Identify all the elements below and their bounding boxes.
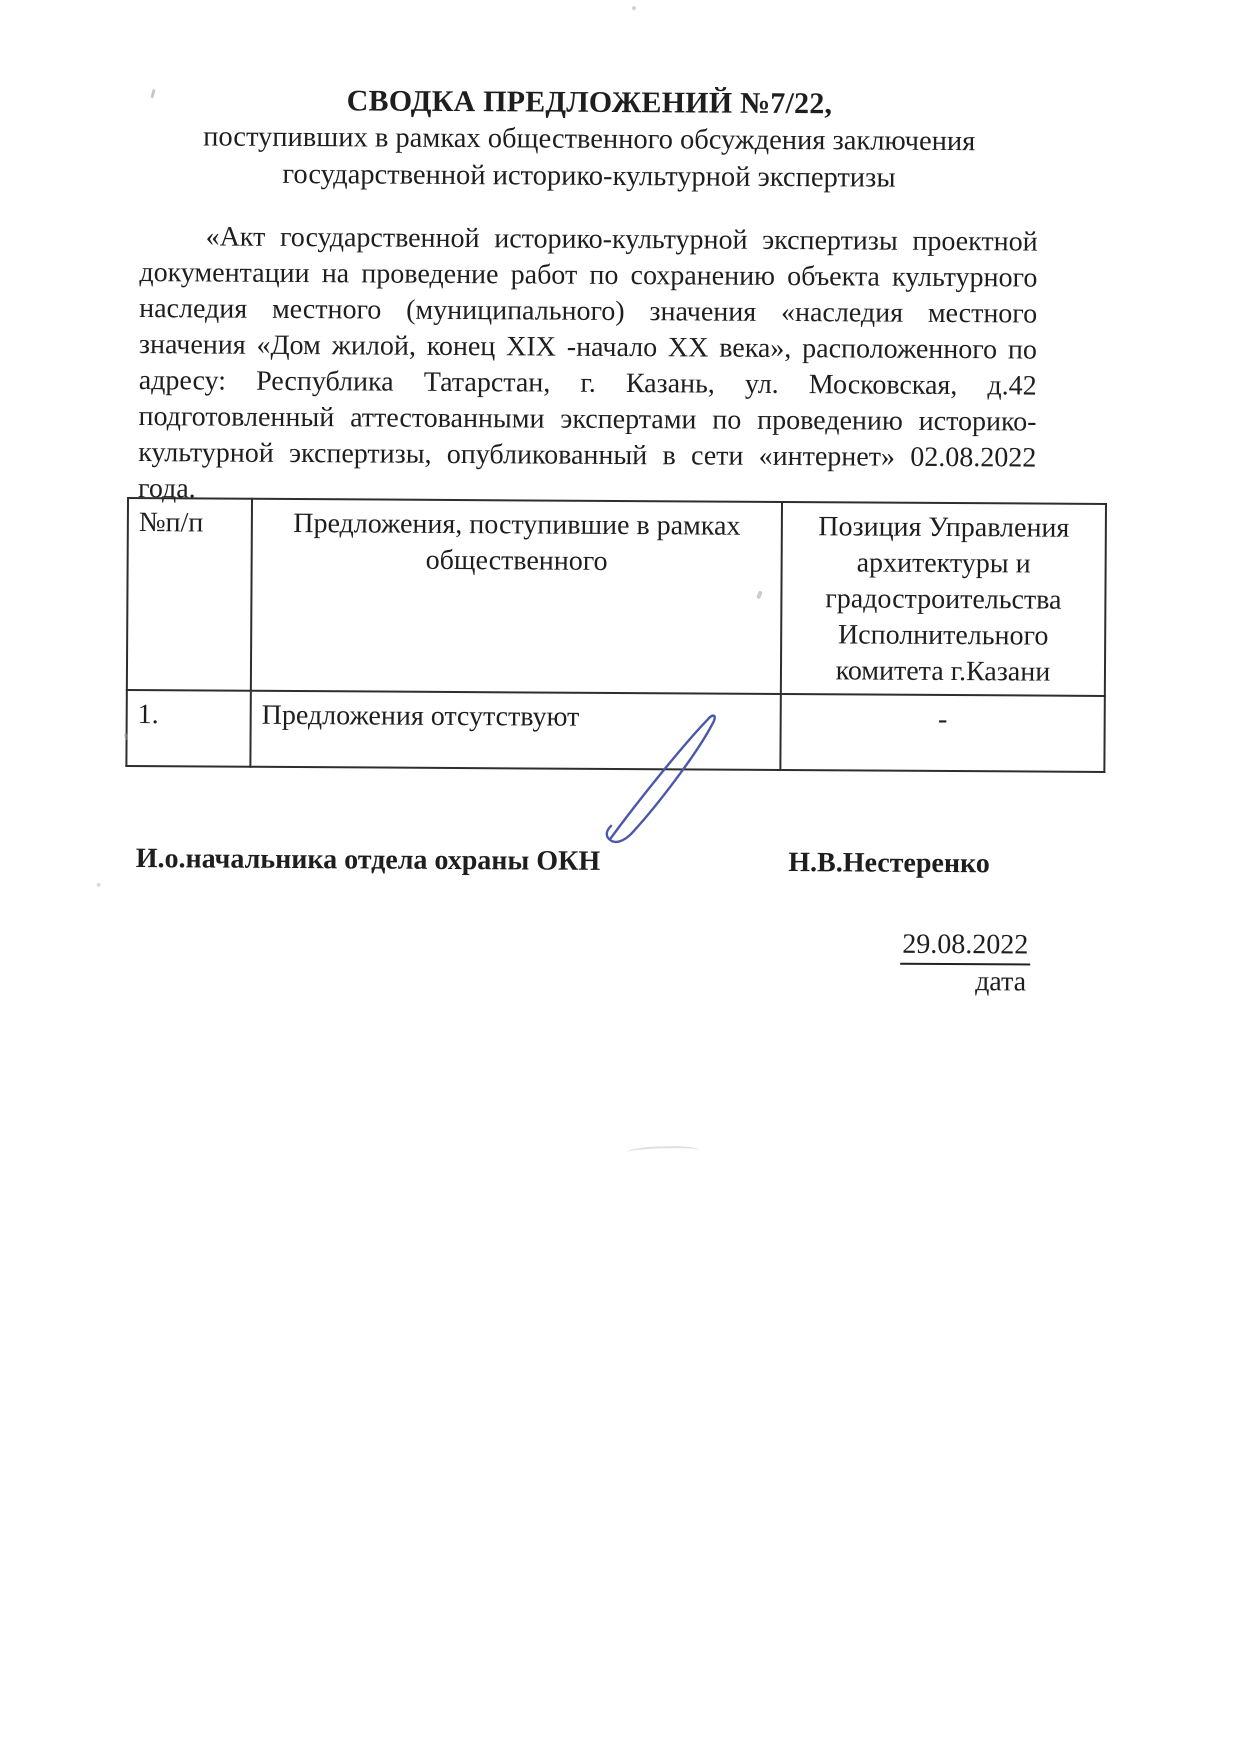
- document-subtitle-line1: поступивших в рамках общественного обсуж…: [140, 118, 1038, 160]
- table-header-proposals: Предложения, поступившие в рамках общест…: [251, 499, 782, 694]
- document-content: СВОДКА ПРЕДЛОЖЕНИЙ №7/22, поступивших в …: [0, 0, 1240, 1755]
- table-header-row: №п/п Предложения, поступившие в рамках о…: [127, 498, 1106, 696]
- scan-speck: [97, 883, 101, 887]
- table-header-position: Позиция Управления архитектуры и градост…: [781, 502, 1106, 696]
- date-label: дата: [975, 966, 1026, 997]
- scan-speck: [632, 6, 636, 10]
- faint-pencil-mark: [627, 1145, 699, 1157]
- document-subtitle-line2: государственной историко-культурной эксп…: [140, 155, 1038, 197]
- signer-role: И.о.начальника отдела охраны ОКН: [136, 843, 601, 878]
- body-paragraph: «Акт государственной историко-культурной…: [138, 219, 1038, 512]
- date-block: 29.08.2022 дата: [135, 923, 1030, 999]
- scanned-document-page: СВОДКА ПРЕДЛОЖЕНИЙ №7/22, поступивших в …: [0, 0, 1240, 1755]
- document-title-block: СВОДКА ПРЕДЛОЖЕНИЙ №7/22, поступивших в …: [140, 81, 1039, 197]
- document-title: СВОДКА ПРЕДЛОЖЕНИЙ №7/22,: [140, 81, 1038, 123]
- signer-name: Н.В.Нестеренко: [788, 847, 990, 880]
- signature-row: И.о.начальника отдела охраны ОКН Н.В.Нес…: [136, 843, 1034, 880]
- row-num-cell: 1.: [126, 690, 250, 767]
- row-position-cell: -: [780, 694, 1104, 772]
- table-header-num: №п/п: [127, 498, 252, 691]
- handwritten-signature: [587, 708, 748, 849]
- signature-date: 29.08.2022: [900, 928, 1030, 966]
